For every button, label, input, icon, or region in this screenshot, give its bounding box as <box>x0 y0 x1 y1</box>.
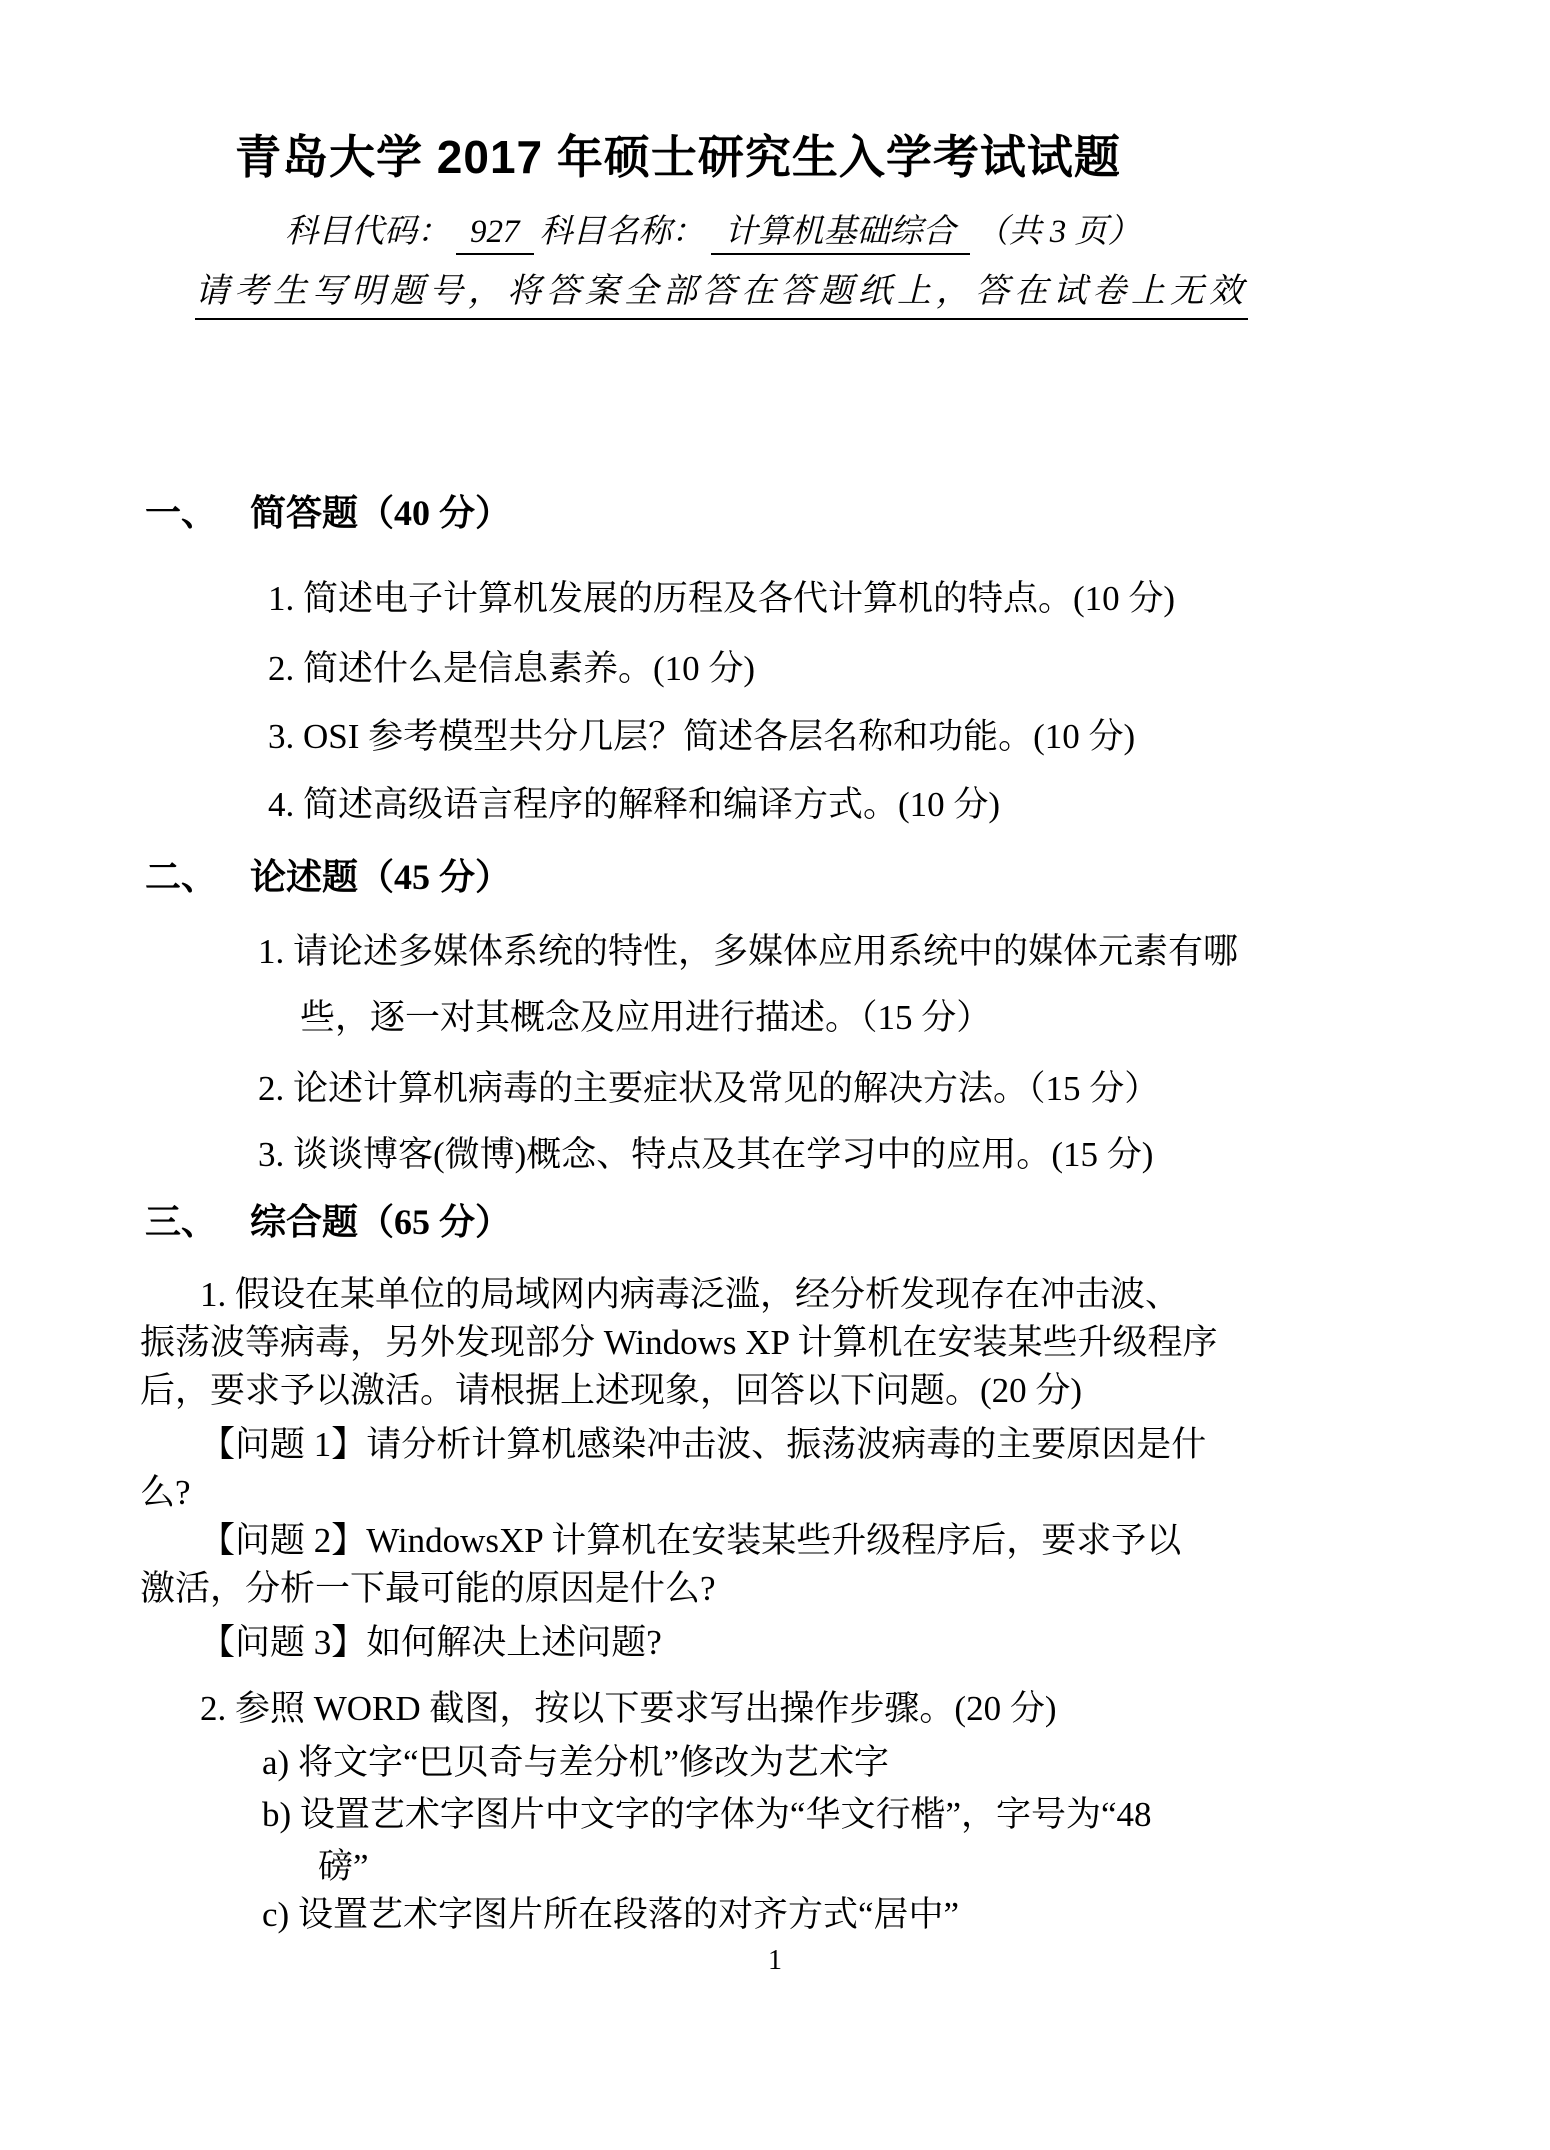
section-2-title: 论述题（45 分） <box>250 857 511 897</box>
s3-item-2-sub-b-line-2: 磅” <box>318 1846 369 1888</box>
subject-code-value: 927 <box>456 213 534 255</box>
section-1-heading: 一、简答题（40 分） <box>145 492 511 535</box>
exam-paper-page: 青岛大学 2017 年硕士研究生入学考试试题 科目代码：927科目名称：计算机基… <box>0 0 1550 2150</box>
s2-item-1-line-1: 1. 请论述多媒体系统的特性，多媒体应用系统中的媒体元素有哪 <box>258 931 1238 973</box>
section-3-number: 三、 <box>145 1201 250 1244</box>
s3-item-1-line-1: 1. 假设在某单位的局域网内病毒泛滥，经分析发现存在冲击波、 <box>200 1274 1180 1316</box>
exam-title: 青岛大学 2017 年硕士研究生入学考试试题 <box>235 130 1121 185</box>
section-1-number: 一、 <box>145 492 250 535</box>
section-2-number: 二、 <box>145 856 250 899</box>
s1-item-4: 4. 简述高级语言程序的解释和编译方式。(10 分) <box>268 784 1000 826</box>
s3-item-2: 2. 参照 WORD 截图，按以下要求写出操作步骤。(20 分) <box>200 1688 1057 1730</box>
subject-line: 科目代码：927科目名称：计算机基础综合（共 3 页） <box>285 210 1141 255</box>
s3-item-2-sub-a: a) 将文字“巴贝奇与差分机”修改为艺术字 <box>262 1742 889 1784</box>
s1-item-3: 3. OSI 参考模型共分几层？简述各层名称和功能。(10 分) <box>268 716 1135 758</box>
subject-code-label: 科目代码： <box>285 214 450 250</box>
section-3-title: 综合题（65 分） <box>250 1202 511 1242</box>
s2-item-3: 3. 谈谈博客(微博)概念、特点及其在学习中的应用。(15 分) <box>258 1134 1153 1176</box>
s3-question-2-line-2: 激活，分析一下最可能的原因是什么? <box>140 1568 716 1610</box>
s1-item-2: 2. 简述什么是信息素养。(10 分) <box>268 648 755 690</box>
s3-item-2-sub-b-line-1: b) 设置艺术字图片中文字的字体为“华文行楷”，字号为“48 <box>262 1794 1152 1836</box>
section-1-title: 简答题（40 分） <box>250 493 511 533</box>
section-3-heading: 三、综合题（65 分） <box>145 1201 511 1244</box>
s3-item-2-sub-c: c) 设置艺术字图片所在段落的对齐方式“居中” <box>262 1894 959 1936</box>
subject-name-label: 科目名称： <box>540 214 705 250</box>
s3-item-1-line-2: 振荡波等病毒，另外发现部分 Windows XP 计算机在安装某些升级程序 <box>140 1322 1217 1364</box>
s3-question-1-line-2: 么? <box>140 1472 191 1514</box>
page-number: 1 <box>0 1945 1550 1977</box>
s3-question-2-line-1: 【问题 2】WindowsXP 计算机在安装某些升级程序后，要求予以 <box>200 1520 1181 1562</box>
s1-item-1: 1. 简述电子计算机发展的历程及各代计算机的特点。(10 分) <box>268 578 1175 620</box>
s3-item-1-line-3: 后，要求予以激活。请根据上述现象，回答以下问题。(20 分) <box>140 1370 1082 1412</box>
section-2-heading: 二、论述题（45 分） <box>145 856 511 899</box>
s2-item-1-line-2: 些，逐一对其概念及应用进行描述。（15 分） <box>300 997 991 1039</box>
s2-item-2: 2. 论述计算机病毒的主要症状及常见的解决方法。（15 分） <box>258 1068 1159 1110</box>
subject-name-value: 计算机基础综合 <box>711 213 970 255</box>
notice-line: 请考生写明题号，将答案全部答在答题纸上，答在试卷上无效 <box>195 272 1248 320</box>
s3-question-3: 【问题 3】如何解决上述问题? <box>200 1622 662 1664</box>
s3-question-1-line-1: 【问题 1】请分析计算机感染冲击波、振荡波病毒的主要原因是什 <box>200 1424 1206 1466</box>
pages-note: （共 3 页） <box>976 214 1141 250</box>
